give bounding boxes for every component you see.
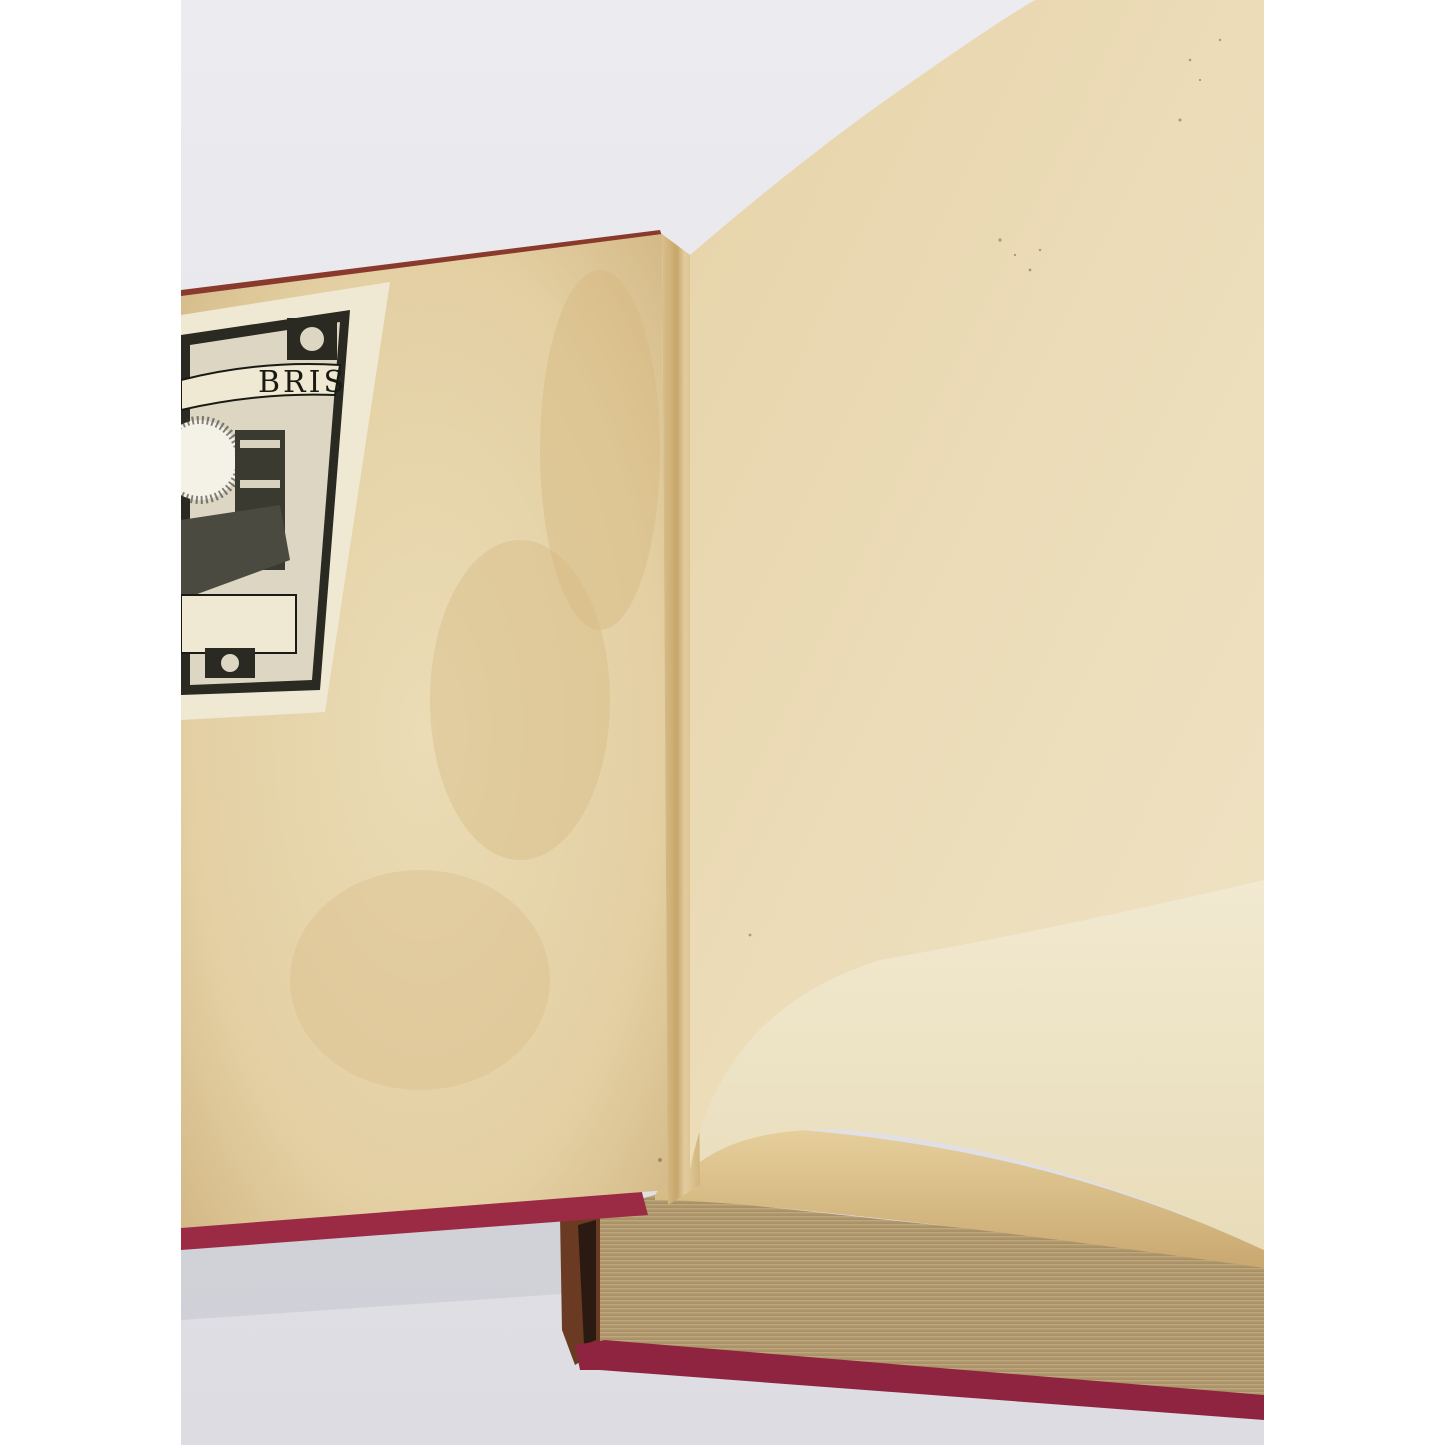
bookplate-banner-text: BRIS (258, 365, 347, 400)
book-photo: BRIS (181, 0, 1264, 1445)
